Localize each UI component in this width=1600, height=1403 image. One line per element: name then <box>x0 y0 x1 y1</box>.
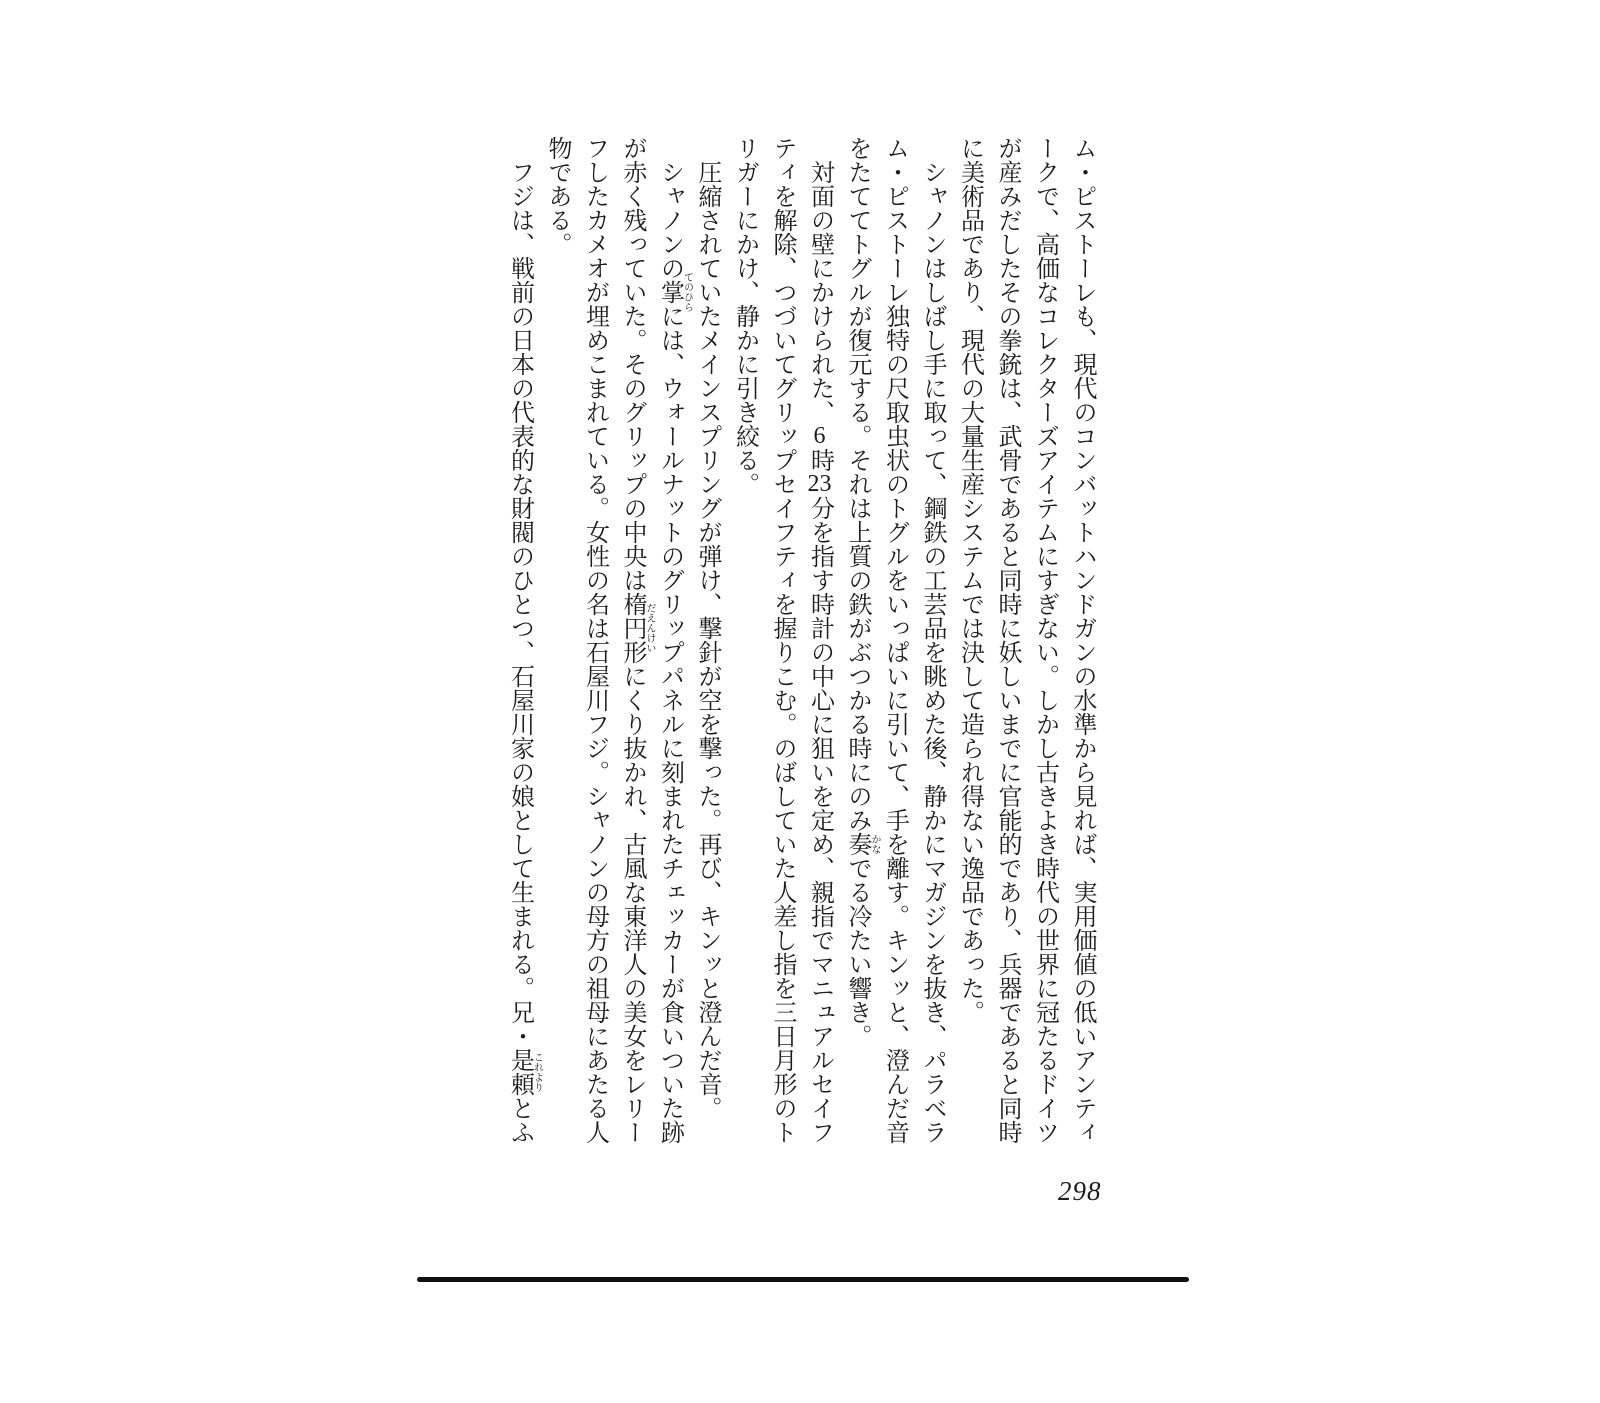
ruby-base: 是頼これより <box>507 1048 533 1096</box>
book-page: ム・ピストーレも、現代のコンバットハンドガンの水準から見れば、実用価値の低いアン… <box>0 0 1600 1403</box>
paragraph-6: フジは、戦前の日本の代表的な財閥のひとつ、石屋川家の娘として生まれる。兄・是頼こ… <box>500 136 538 1150</box>
tatechuyoko-number: 23 <box>807 472 833 496</box>
paragraph-1: ム・ピストーレも、現代のコンバットハンドガンの水準から見れば、実用価値の低いアン… <box>950 136 1100 1150</box>
ruby-base: 楕円形だえんけい <box>619 592 645 664</box>
ruby-base: 掌てのひら <box>657 280 683 304</box>
furigana: これより <box>532 1052 542 1092</box>
body-text-vertical: ム・ピストーレも、現代のコンバットハンドガンの水準から見れば、実用価値の低いアン… <box>496 136 1100 1150</box>
paragraph-5: シャノンの掌てのひらには、ウォールナットのグリップパネルに刻まれたチェッカーが食… <box>538 136 688 1150</box>
page-number: 298 <box>1058 1176 1102 1207</box>
paragraph-4: 圧縮されていたメインスプリングが弾け、撃針が空を撃った。再び、キンッと澄んだ音。 <box>688 136 726 1150</box>
furigana: かな <box>869 834 879 854</box>
ruby-base: 奏かな <box>844 832 870 856</box>
tatechuyoko-number: 6 <box>807 424 833 448</box>
furigana: てのひら <box>682 272 692 312</box>
paragraph-2: シャノンはしばし手に取って、鋼鉄の工芸品を眺めた後、静かにマガジンを抜き、パラベ… <box>838 136 951 1150</box>
footer-rule <box>417 1277 1189 1282</box>
paragraph-3: 対面の壁にかけられた、6時23分を指す時計の中心に狙いを定め、親指でマニュアルセ… <box>725 136 838 1150</box>
furigana: だえんけい <box>644 603 654 653</box>
